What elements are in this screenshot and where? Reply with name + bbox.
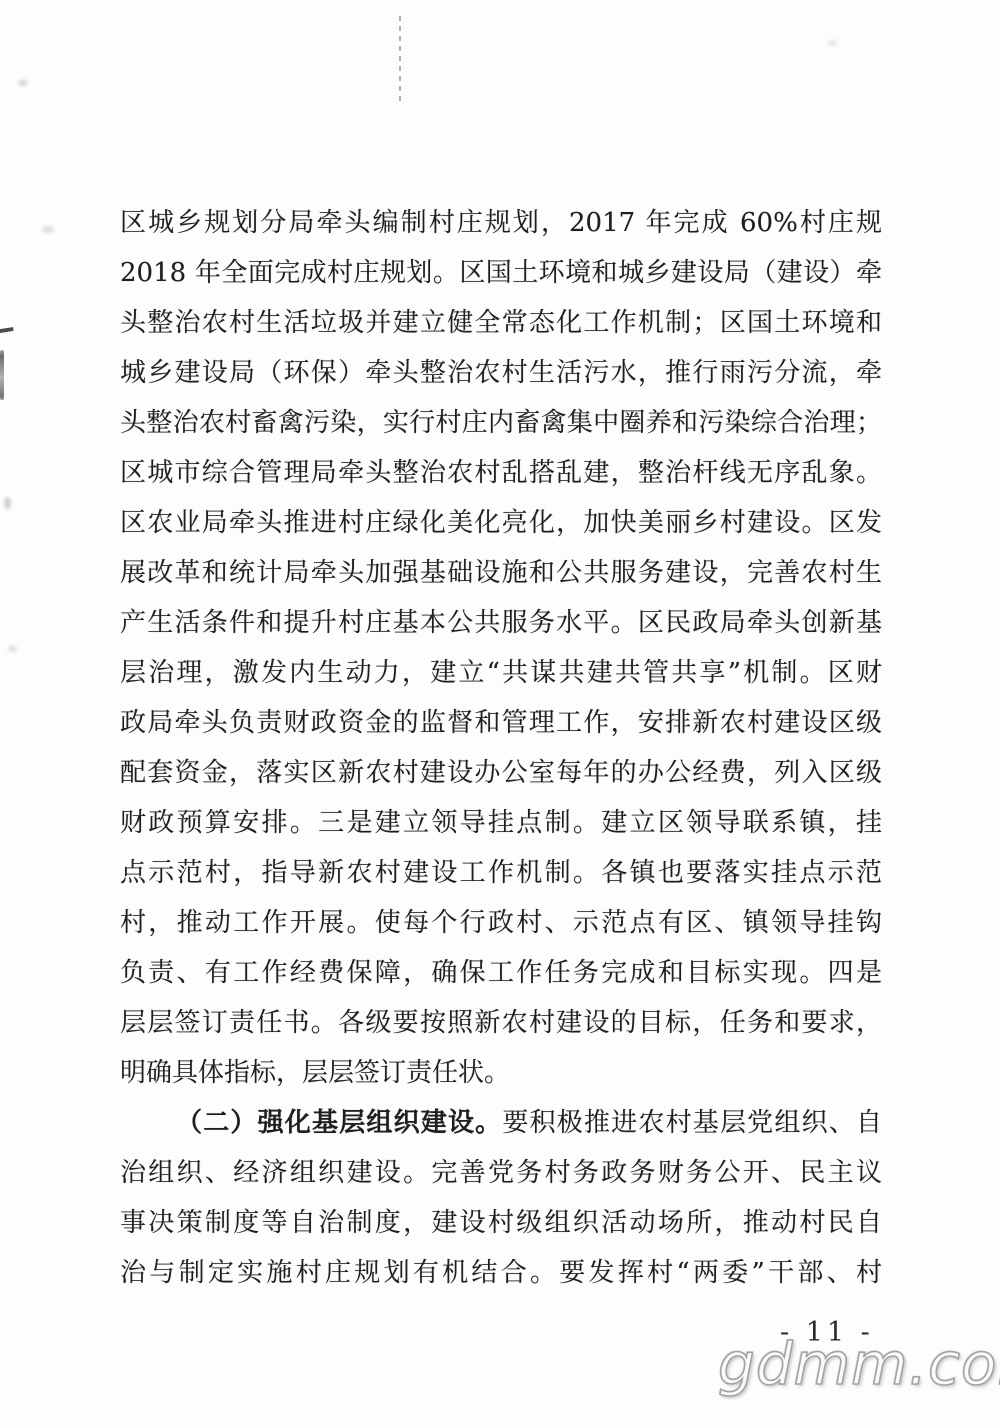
section-2-heading-line: （二）强化基层组织建设。要积极推进农村基层党组织、自 — [120, 1098, 882, 1148]
text-line: 政局牵头负责财政资金的监督和管理工作，安排新农村建设区级 — [120, 698, 882, 748]
section-2-heading: （二）强化基层组织建设。 — [176, 1108, 502, 1138]
text-line: 村，推动工作开展。使每个行政村、示范点有区、镇领导挂钩 — [120, 898, 882, 948]
scan-artifact-ink-hook — [0, 327, 15, 340]
scan-artifact-dashed-line — [399, 16, 401, 102]
text-line: 层治理，激发内生动力，建立“共谋共建共管共享”机制。区财 — [120, 648, 882, 698]
scanned-document-page: 区城乡规划分局牵头编制村庄规划，2017 年完成 60%村庄规划， 2018 年… — [0, 0, 1000, 1426]
text-line: 城乡建设局（环保）牵头整治农村生活污水，推行雨污分流，牵 — [120, 348, 882, 398]
page-number: - 11 - — [780, 1317, 874, 1348]
scan-artifact-smudge — [18, 80, 28, 86]
text-line: 明确具体指标，层层签订责任状。 — [120, 1048, 882, 1098]
text-line: 头整治农村畜禽污染，实行村庄内畜禽集中圈养和污染综合治理； — [120, 398, 882, 448]
text-line: 展改革和统计局牵头加强基础设施和公共服务建设，完善农村生 — [120, 548, 882, 598]
text-line: 负责、有工作经费保障，确保工作任务完成和目标实现。四是 — [120, 948, 882, 998]
text-line: 层层签订责任书。各级要按照新农村建设的目标，任务和要求， — [120, 998, 882, 1048]
scan-artifact-smudge — [42, 226, 54, 233]
text-line: 财政预算安排。三是建立领导挂点制。建立区领导联系镇，挂 — [120, 798, 882, 848]
scan-artifact-smudge — [828, 40, 837, 46]
scan-artifact-smudge — [4, 497, 11, 509]
text-line: 头整治农村生活垃圾并建立健全常态化工作机制；区国土环境和 — [120, 298, 882, 348]
text-line: 区城市综合管理局牵头整治农村乱搭乱建，整治杆线无序乱象。 — [120, 448, 882, 498]
text-line: 2018 年全面完成村庄规划。区国土环境和城乡建设局（建设）牵 — [120, 248, 882, 298]
scan-artifact-smudge — [8, 646, 17, 652]
text-line: 配套资金，落实区新农村建设办公室每年的办公经费，列入区级 — [120, 748, 882, 798]
scan-artifact-ink-streak — [0, 350, 4, 400]
text-line: 治与制定实施村庄规划有机结合。要发挥村“两委”干部、村 — [120, 1248, 882, 1298]
text-line: 产生活条件和提升村庄基本公共服务水平。区民政局牵头创新基 — [120, 598, 882, 648]
body-text: 区城乡规划分局牵头编制村庄规划，2017 年完成 60%村庄规划， 2018 年… — [120, 198, 882, 1298]
text-line: 区农业局牵头推进村庄绿化美化亮化，加快美丽乡村建设。区发 — [120, 498, 882, 548]
text-line: 区城乡规划分局牵头编制村庄规划，2017 年完成 60%村庄规划， — [120, 198, 882, 248]
section-2-heading-rest: 要积极推进农村基层党组织、自 — [502, 1108, 882, 1138]
text-line: 事决策制度等自治制度，建设村级组织活动场所，推动村民自 — [120, 1198, 882, 1248]
text-line: 治组织、经济组织建设。完善党务村务政务财务公开、民主议 — [120, 1148, 882, 1198]
text-line: 点示范村，指导新农村建设工作机制。各镇也要落实挂点示范 — [120, 848, 882, 898]
